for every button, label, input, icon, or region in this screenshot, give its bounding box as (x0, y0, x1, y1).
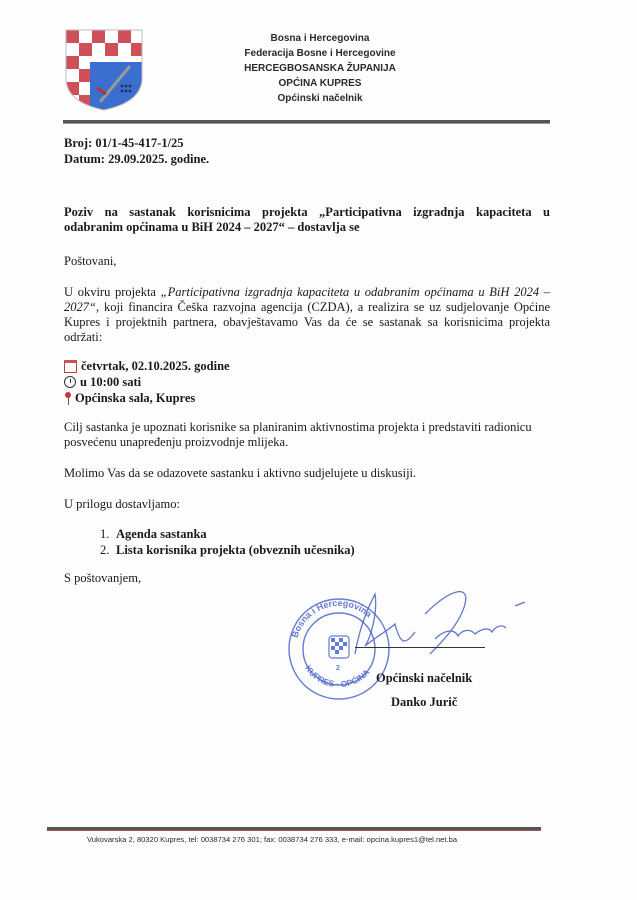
letterhead-municipality: OPĆINA KUPRES (200, 76, 440, 91)
signer-title: Općinski načelnik (376, 666, 472, 690)
reference-number: Broj: 01/1-45-417-1/25 (64, 135, 209, 151)
letterhead-country: Bosna i Hercegovina (200, 31, 440, 46)
purpose-paragraph: Cilj sastanka je upoznati korisnike sa p… (64, 420, 550, 450)
header-divider (63, 120, 550, 124)
letterhead-federation: Federacija Bosne i Hercegovine (200, 46, 440, 61)
letterhead: Bosna i Hercegovina Federacija Bosne i H… (200, 31, 440, 106)
footer-contact: Vukovarska 2, 80320 Kupres, tel: 0038734… (87, 835, 457, 844)
attachments-list: 1.Agenda sastanka 2.Lista korisnika proj… (100, 526, 355, 558)
attachment-item: 1.Agenda sastanka (100, 526, 355, 542)
subject-line-2: odabranim općinama u BiH 2024 – 2027“ – … (64, 220, 360, 234)
location-pin-icon (64, 392, 72, 405)
letterhead-office: Općinski načelnik (200, 91, 440, 106)
reference-date: Datum: 29.09.2025. godine. (64, 151, 209, 167)
meeting-details: četvrtak, 02.10.2025. godine u 10:00 sat… (64, 358, 230, 406)
document-page: Bosna i Hercegovina Federacija Bosne i H… (0, 0, 637, 900)
signer-block: Općinski načelnik Danko Jurič (376, 666, 472, 714)
letterhead-county: HERCEGBOSANSKA ŽUPANIJA (200, 61, 440, 76)
attachment-label: Lista korisnika projekta (obveznih učesn… (116, 543, 355, 557)
signature (330, 584, 540, 664)
footer-divider (47, 827, 541, 831)
subject-line-1: Poziv na sastanak korisnicima projekta „… (64, 205, 550, 220)
coat-of-arms-icon (64, 28, 144, 112)
signer-name: Danko Jurič (376, 690, 472, 714)
meeting-location-row: Općinska sala, Kupres (64, 390, 230, 406)
intro-rest: , koji financira Češka razvojna agencija… (64, 300, 550, 344)
request-paragraph: Molimo Vas da se odazovete sastanku i ak… (64, 466, 550, 481)
attachment-item: 2.Lista korisnika projekta (obveznih uče… (100, 542, 355, 558)
meeting-date-row: četvrtak, 02.10.2025. godine (64, 358, 230, 374)
calendar-icon (64, 360, 77, 373)
attachments-intro: U prilogu dostavljamo: (64, 497, 550, 512)
greeting: Poštovani, (64, 254, 550, 269)
stamp-number: 2 (336, 665, 340, 672)
attachment-label: Agenda sastanka (116, 527, 207, 541)
reference-block: Broj: 01/1-45-417-1/25 Datum: 29.09.2025… (64, 135, 209, 167)
signature-line (355, 647, 485, 648)
meeting-date: četvrtak, 02.10.2025. godine (81, 358, 230, 374)
meeting-time-row: u 10:00 sati (64, 374, 230, 390)
subject-line: Poziv na sastanak korisnicima projekta „… (64, 205, 550, 235)
intro-paragraph: U okviru projekta „Participativna izgrad… (64, 285, 550, 345)
meeting-location: Općinska sala, Kupres (75, 390, 195, 406)
clock-icon (64, 376, 76, 388)
meeting-time: u 10:00 sati (80, 374, 141, 390)
intro-prefix: U okviru projekta (64, 285, 161, 299)
